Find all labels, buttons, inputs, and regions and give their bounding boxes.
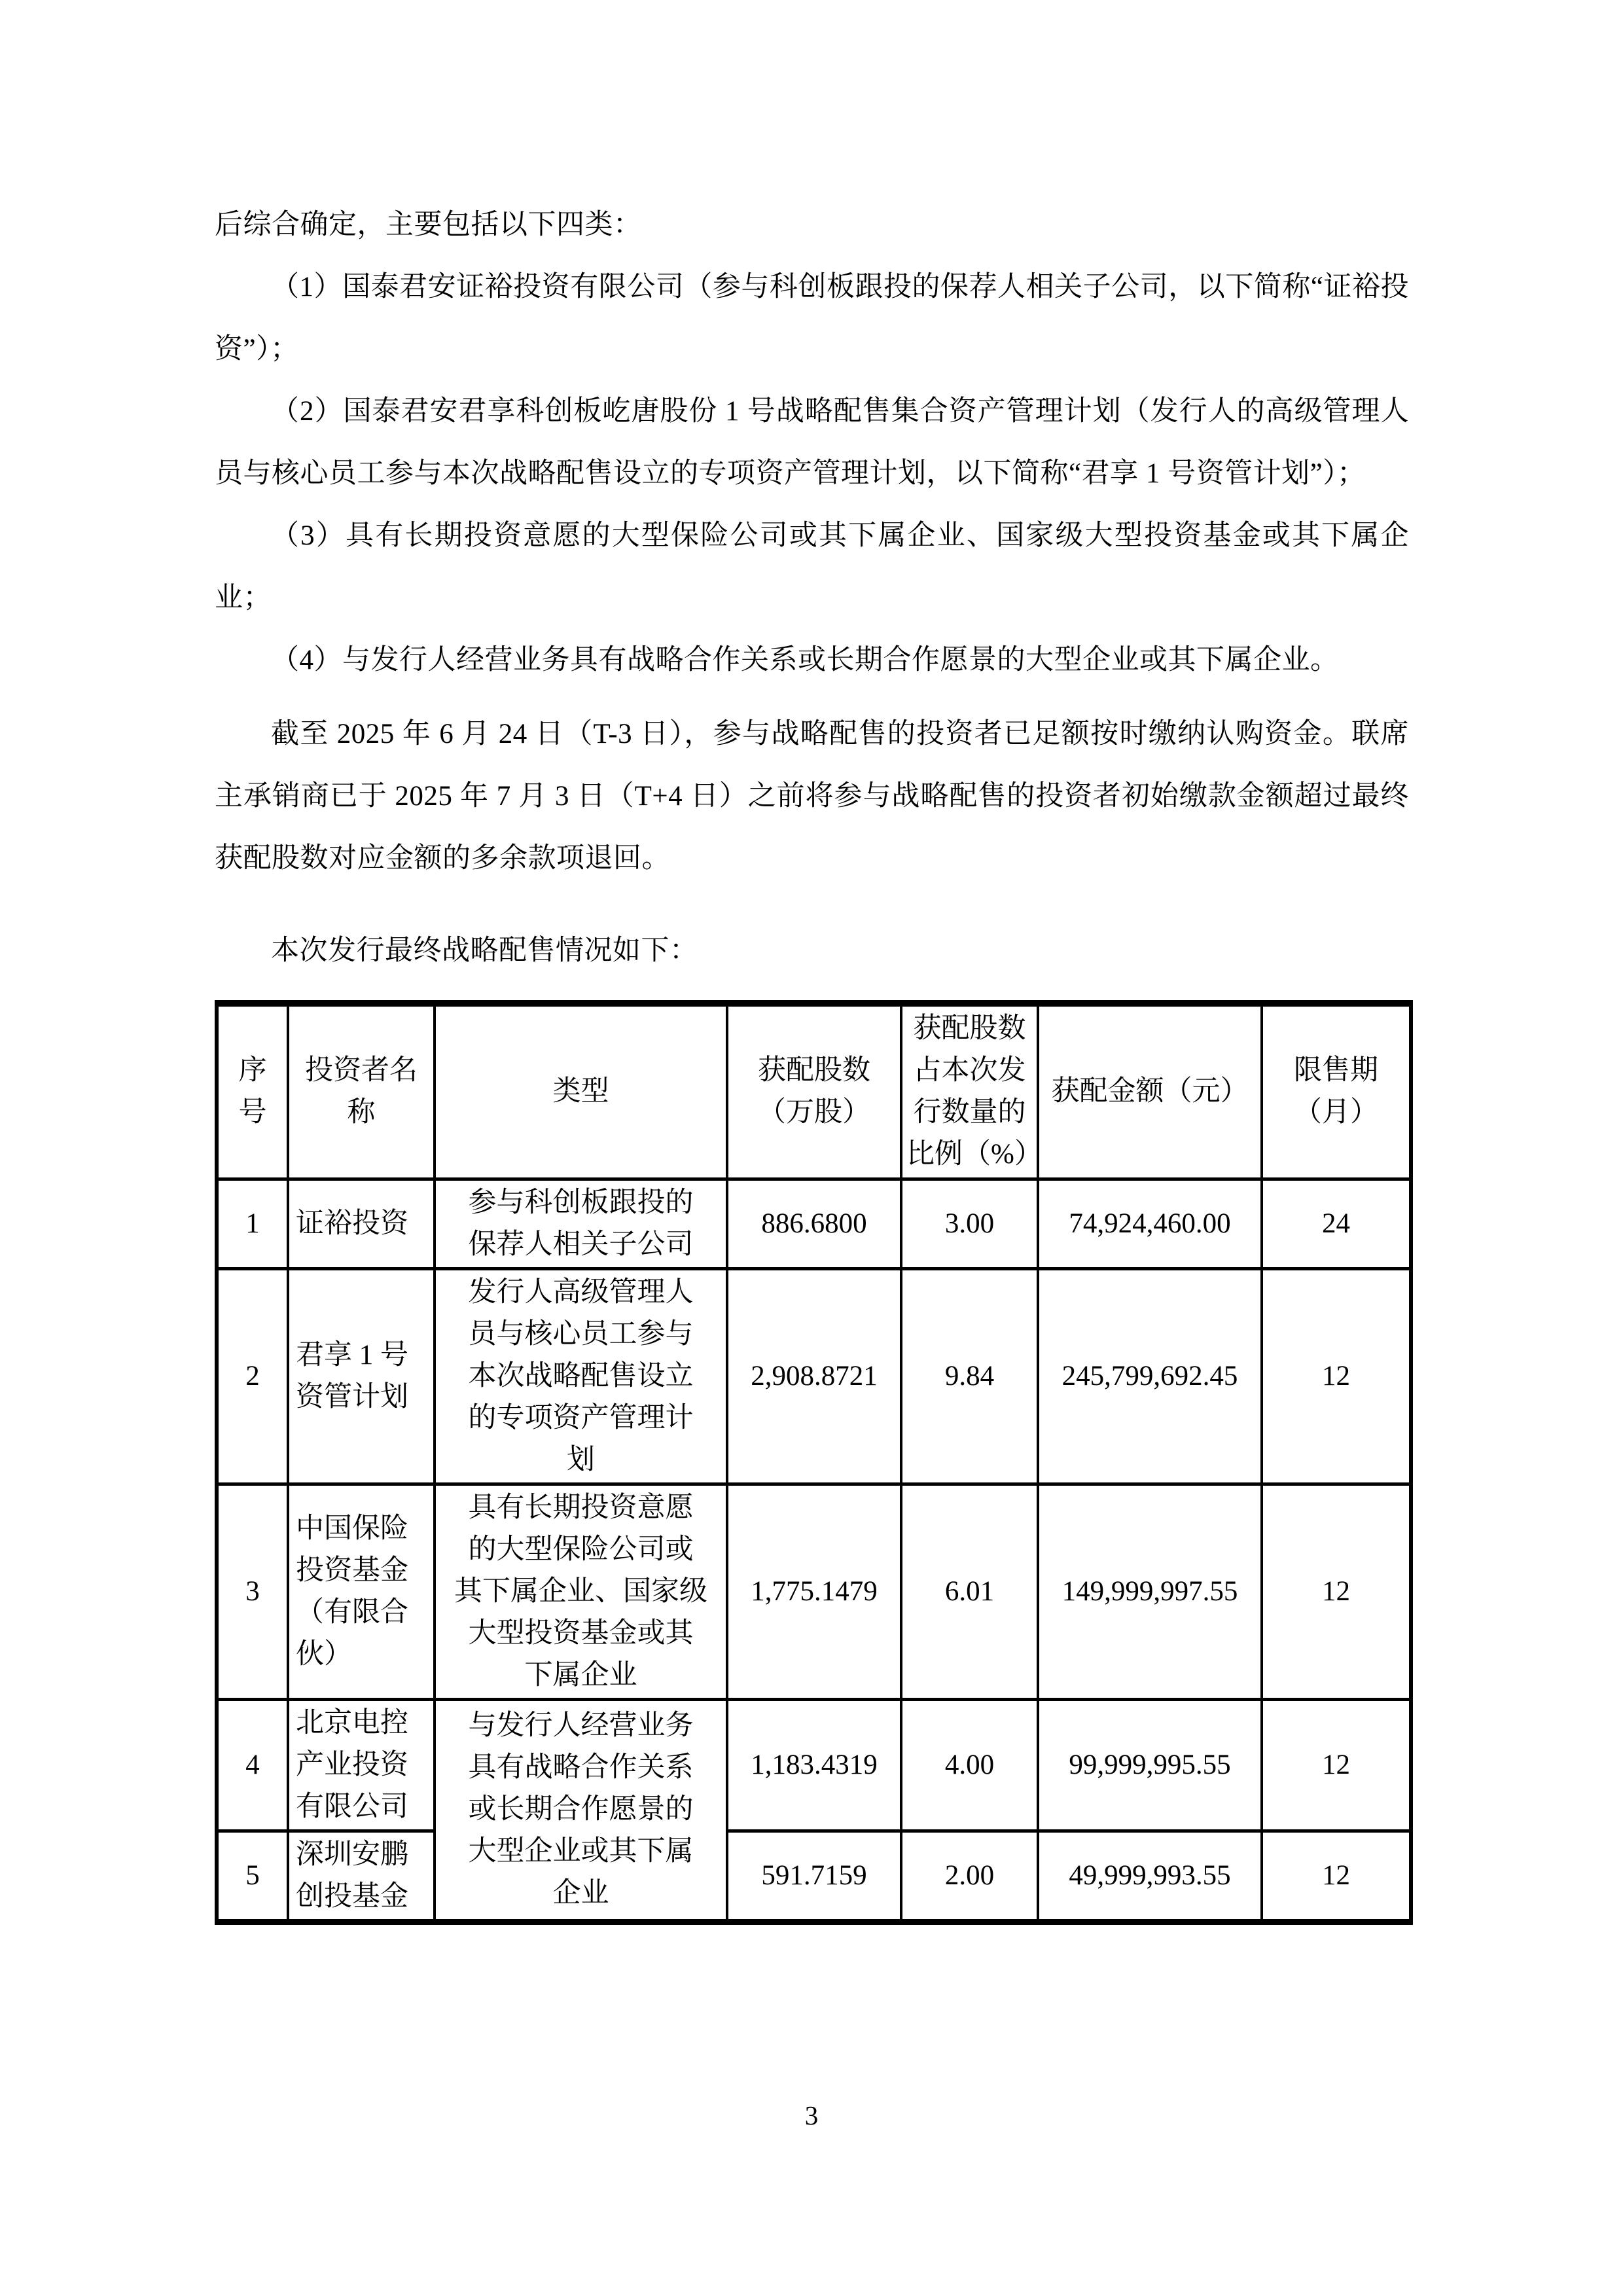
body-paragraph-payment: 截至 2025 年 6 月 24 日（T-3 日），参与战略配售的投资者已足额按…: [215, 703, 1409, 889]
header-type: 类型: [435, 1003, 727, 1179]
cell-shares: 591.7159: [727, 1831, 901, 1922]
cell-seq-no: 4: [217, 1699, 288, 1831]
cell-ratio: 9.84: [901, 1268, 1038, 1484]
header-allotment-ratio: 获配股数 占本次发 行数量的 比例（%）: [901, 1003, 1038, 1179]
strategic-placement-table: 序 号 投资者名 称 类型 获配股数 （万股） 获配股数 占本次发 行数量的 比…: [215, 1000, 1413, 1925]
cell-investor-name: 深圳安鹏 创投基金: [288, 1831, 435, 1922]
cell-type-merged: 与发行人经营业务 具有战略合作关系 或长期合作愿景的 大型企业或其下属 企业: [435, 1699, 727, 1922]
cell-amount: 149,999,997.55: [1038, 1484, 1262, 1699]
table-row-1: 1 证裕投资 参与科创板跟投的 保荐人相关子公司 886.6800 3.00 7…: [217, 1179, 1411, 1268]
page-content: 后综合确定，主要包括以下四类： （1）国泰君安证裕投资有限公司（参与科创板跟投的…: [215, 194, 1409, 1925]
cell-investor-name: 北京电控 产业投资 有限公司: [288, 1699, 435, 1831]
cell-seq-no: 1: [217, 1179, 288, 1268]
cell-lockup: 12: [1262, 1484, 1411, 1699]
cell-shares: 1,183.4319: [727, 1699, 901, 1831]
body-paragraph-item-3: （3）具有长期投资意愿的大型保险公司或其下属企业、国家级大型投资基金或其下属企业…: [215, 505, 1409, 629]
cell-amount: 74,924,460.00: [1038, 1179, 1262, 1268]
cell-ratio: 4.00: [901, 1699, 1038, 1831]
cell-ratio: 6.01: [901, 1484, 1038, 1699]
cell-amount: 49,999,993.55: [1038, 1831, 1262, 1922]
cell-ratio: 3.00: [901, 1179, 1038, 1268]
page-number: 3: [0, 2100, 1623, 2131]
table-row-5: 5 深圳安鹏 创投基金 591.7159 2.00 49,999,993.55 …: [217, 1831, 1411, 1922]
document-page: 后综合确定，主要包括以下四类： （1）国泰君安证裕投资有限公司（参与科创板跟投的…: [0, 0, 1623, 2296]
header-lockup-period: 限售期 （月）: [1262, 1003, 1411, 1179]
cell-ratio: 2.00: [901, 1831, 1038, 1922]
body-paragraph-item-2: （2）国泰君安君享科创板屹唐股份 1 号战略配售集合资产管理计划（发行人的高级管…: [215, 380, 1409, 505]
body-paragraph: 后综合确定，主要包括以下四类：: [215, 194, 1409, 256]
cell-investor-name: 中国保险 投资基金 （有限合 伙）: [288, 1484, 435, 1699]
table-row-3: 3 中国保险 投资基金 （有限合 伙） 具有长期投资意愿 的大型保险公司或 其下…: [217, 1484, 1411, 1699]
header-seq-no: 序 号: [217, 1003, 288, 1179]
cell-lockup: 12: [1262, 1831, 1411, 1922]
body-paragraph-item-1: （1）国泰君安证裕投资有限公司（参与科创板跟投的保荐人相关子公司，以下简称“证裕…: [215, 256, 1409, 380]
cell-lockup: 12: [1262, 1699, 1411, 1831]
header-shares-allotted: 获配股数 （万股）: [727, 1003, 901, 1179]
header-allotment-amount: 获配金额（元）: [1038, 1003, 1262, 1179]
cell-lockup: 24: [1262, 1179, 1411, 1268]
table-header-row: 序 号 投资者名 称 类型 获配股数 （万股） 获配股数 占本次发 行数量的 比…: [217, 1003, 1411, 1179]
cell-seq-no: 2: [217, 1268, 288, 1484]
cell-seq-no: 5: [217, 1831, 288, 1922]
cell-seq-no: 3: [217, 1484, 288, 1699]
cell-type: 具有长期投资意愿 的大型保险公司或 其下属企业、国家级 大型投资基金或其 下属企…: [435, 1484, 727, 1699]
table-intro: 本次发行最终战略配售情况如下：: [215, 920, 1409, 982]
cell-amount: 245,799,692.45: [1038, 1268, 1262, 1484]
header-investor-name: 投资者名 称: [288, 1003, 435, 1179]
body-paragraph-item-4: （4）与发行人经营业务具有战略合作关系或长期合作愿景的大型企业或其下属企业。: [215, 629, 1409, 691]
table-row-4: 4 北京电控 产业投资 有限公司 与发行人经营业务 具有战略合作关系 或长期合作…: [217, 1699, 1411, 1831]
cell-investor-name: 君享 1 号 资管计划: [288, 1268, 435, 1484]
cell-shares: 1,775.1479: [727, 1484, 901, 1699]
table-row-2: 2 君享 1 号 资管计划 发行人高级管理人 员与核心员工参与 本次战略配售设立…: [217, 1268, 1411, 1484]
cell-amount: 99,999,995.55: [1038, 1699, 1262, 1831]
cell-shares: 886.6800: [727, 1179, 901, 1268]
cell-type: 参与科创板跟投的 保荐人相关子公司: [435, 1179, 727, 1268]
cell-type: 发行人高级管理人 员与核心员工参与 本次战略配售设立 的专项资产管理计 划: [435, 1268, 727, 1484]
cell-lockup: 12: [1262, 1268, 1411, 1484]
cell-investor-name: 证裕投资: [288, 1179, 435, 1268]
cell-shares: 2,908.8721: [727, 1268, 901, 1484]
